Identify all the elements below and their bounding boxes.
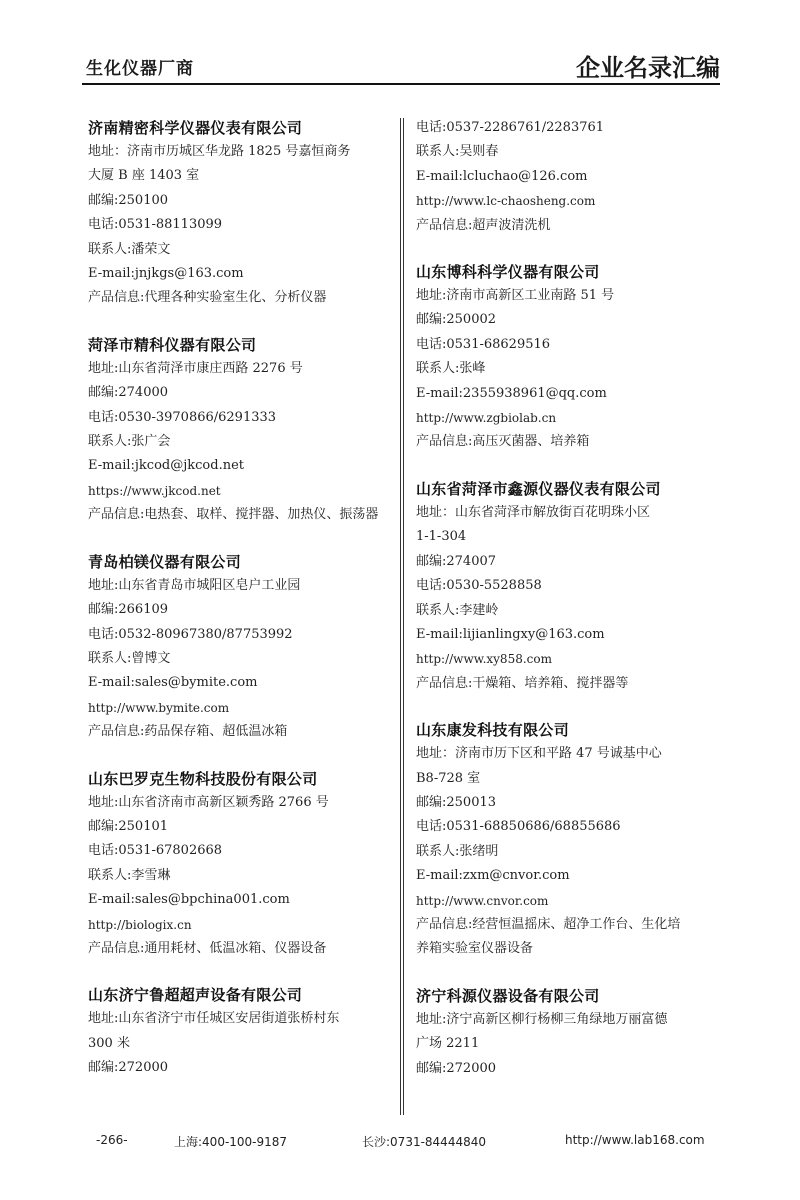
postcode: 邮编:250002 — [416, 308, 738, 332]
company-name: 菏泽市精科仪器有限公司 — [88, 333, 396, 357]
company-entry-continued: 电话:0537-2286761/2283761 联系人:吴则春 E-mail:l… — [416, 116, 738, 238]
company-name: 济南精密科学仪器仪表有限公司 — [88, 116, 396, 140]
product-info: 产品信息:干燥箱、培养箱、搅拌器等 — [416, 672, 738, 696]
page-number: -266- — [96, 1133, 128, 1147]
phone: 电话:0531-67802668 — [88, 839, 396, 863]
email: E-mail:jkcod@jkcod.net — [88, 454, 396, 478]
contact-person: 联系人:张峰 — [416, 357, 738, 381]
company-name: 山东省菏泽市鑫源仪器仪表有限公司 — [416, 477, 738, 501]
address-line: 地址：山东省菏泽市解放街百花明珠小区 — [416, 501, 738, 525]
address-line: 地址：济南市历下区和平路 47 号诚基中心 — [416, 742, 738, 766]
company-entry: 山东博科科学仪器有限公司 地址:济南市高新区工业南路 51 号 邮编:25000… — [416, 260, 738, 455]
company-entry: 山东省菏泽市鑫源仪器仪表有限公司 地址：山东省菏泽市解放街百花明珠小区 1-1-… — [416, 477, 738, 696]
company-name: 山东博科科学仪器有限公司 — [416, 260, 738, 284]
postcode: 邮编:274007 — [416, 550, 738, 574]
directory-title: 企业名录汇编 — [576, 48, 720, 83]
address-line: 地址:济南市高新区工业南路 51 号 — [416, 284, 738, 308]
website: https://www.jkcod.net — [88, 479, 396, 503]
address-line: 地址:山东省青岛市城阳区皂户工业园 — [88, 574, 396, 598]
address-line: 地址：济南市历城区华龙路 1825 号嘉恒商务 — [88, 140, 396, 164]
postcode: 邮编:266109 — [88, 598, 396, 622]
company-entry: 青岛柏镁仪器有限公司 地址:山东省青岛市城阳区皂户工业园 邮编:266109 电… — [88, 550, 396, 745]
changsha-phone: 长沙:0731-84444840 — [362, 1133, 486, 1150]
company-name: 济宁科源仪器设备有限公司 — [416, 984, 738, 1008]
website: http://www.xy858.com — [416, 647, 738, 671]
page-footer: -266- 上海:400-100-9187 长沙:0731-84444840 h… — [0, 1133, 800, 1153]
company-entry: 山东康发科技有限公司 地址：济南市历下区和平路 47 号诚基中心 B8-728 … — [416, 718, 738, 962]
email: E-mail:lcluchao@126.com — [416, 165, 738, 189]
product-info: 产品信息:药品保存箱、超低温冰箱 — [88, 720, 396, 744]
email: E-mail:sales@bymite.com — [88, 671, 396, 695]
column-divider — [400, 118, 404, 1115]
product-info: 产品信息:经营恒温摇床、超净工作台、生化培 — [416, 913, 738, 937]
postcode: 邮编:272000 — [88, 1056, 396, 1080]
website: http://biologix.cn — [88, 913, 396, 937]
phone: 电话:0532-80967380/87753992 — [88, 623, 396, 647]
address-line: 地址:山东省济南市高新区颖秀路 2766 号 — [88, 791, 396, 815]
contact-person: 联系人:吴则春 — [416, 140, 738, 164]
company-name: 山东巴罗克生物科技股份有限公司 — [88, 767, 396, 791]
phone: 电话:0530-3970866/6291333 — [88, 406, 396, 430]
phone: 电话:0531-68629516 — [416, 333, 738, 357]
address-line: B8-728 室 — [416, 767, 738, 791]
email: E-mail:jnjkgs@163.com — [88, 262, 396, 286]
contact-person: 联系人:张广会 — [88, 430, 396, 454]
product-info: 产品信息:电热套、取样、搅拌器、加热仪、振荡器 — [88, 503, 396, 527]
email: E-mail:lijianlingxy@163.com — [416, 623, 738, 647]
address-line: 地址:山东省菏泽市康庄西路 2276 号 — [88, 357, 396, 381]
contact-person: 联系人:潘荣文 — [88, 238, 396, 262]
website: http://www.lc-chaosheng.com — [416, 189, 738, 213]
phone: 电话:0531-88113099 — [88, 213, 396, 237]
email: E-mail:2355938961@qq.com — [416, 382, 738, 406]
product-info: 养箱实验室仪器设备 — [416, 937, 738, 961]
header-rule — [82, 83, 720, 85]
phone: 电话:0531-68850686/68855686 — [416, 815, 738, 839]
right-column: 电话:0537-2286761/2283761 联系人:吴则春 E-mail:l… — [416, 116, 738, 1103]
postcode: 邮编:250013 — [416, 791, 738, 815]
postcode: 邮编:250100 — [88, 189, 396, 213]
phone: 电话:0537-2286761/2283761 — [416, 116, 738, 140]
address-line: 地址:济宁高新区柳行杨柳三角绿地万丽富德 — [416, 1008, 738, 1032]
footer-website: http://www.lab168.com — [565, 1133, 705, 1147]
contact-person: 联系人:李建岭 — [416, 599, 738, 623]
product-info: 产品信息:通用耗材、低温冰箱、仪器设备 — [88, 937, 396, 961]
address-line: 1-1-304 — [416, 525, 738, 549]
company-name: 山东济宁鲁超超声设备有限公司 — [88, 983, 396, 1007]
email: E-mail:sales@bpchina001.com — [88, 888, 396, 912]
shanghai-phone: 上海:400-100-9187 — [174, 1133, 287, 1150]
contact-person: 联系人:李雪琳 — [88, 864, 396, 888]
postcode: 邮编:274000 — [88, 381, 396, 405]
address-line: 大厦 B 座 1403 室 — [88, 164, 396, 188]
website: http://www.zgbiolab.cn — [416, 406, 738, 430]
address-line: 广场 2211 — [416, 1032, 738, 1056]
product-info: 产品信息:高压灭菌器、培养箱 — [416, 430, 738, 454]
company-entry: 济宁科源仪器设备有限公司 地址:济宁高新区柳行杨柳三角绿地万丽富德 广场 221… — [416, 984, 738, 1081]
company-entry: 济南精密科学仪器仪表有限公司 地址：济南市历城区华龙路 1825 号嘉恒商务 大… — [88, 116, 396, 311]
contact-person: 联系人:张绪明 — [416, 840, 738, 864]
address-line: 地址:山东省济宁市任城区安居街道张桥村东 — [88, 1007, 396, 1031]
postcode: 邮编:272000 — [416, 1057, 738, 1081]
contact-person: 联系人:曾博文 — [88, 647, 396, 671]
website: http://www.cnvor.com — [416, 889, 738, 913]
company-name: 山东康发科技有限公司 — [416, 718, 738, 742]
section-title: 生化仪器厂商 — [86, 54, 194, 79]
product-info: 产品信息:超声波清洗机 — [416, 214, 738, 238]
postcode: 邮编:250101 — [88, 815, 396, 839]
company-name: 青岛柏镁仪器有限公司 — [88, 550, 396, 574]
website: http://www.bymite.com — [88, 696, 396, 720]
left-column: 济南精密科学仪器仪表有限公司 地址：济南市历城区华龙路 1825 号嘉恒商务 大… — [88, 116, 396, 1103]
phone: 电话:0530-5528858 — [416, 574, 738, 598]
email: E-mail:zxm@cnvor.com — [416, 864, 738, 888]
company-entry: 菏泽市精科仪器有限公司 地址:山东省菏泽市康庄西路 2276 号 邮编:2740… — [88, 333, 396, 528]
company-entry: 山东巴罗克生物科技股份有限公司 地址:山东省济南市高新区颖秀路 2766 号 邮… — [88, 767, 396, 962]
company-entry: 山东济宁鲁超超声设备有限公司 地址:山东省济宁市任城区安居街道张桥村东 300 … — [88, 983, 396, 1080]
address-line: 300 米 — [88, 1032, 396, 1056]
product-info: 产品信息:代理各种实验室生化、分析仪器 — [88, 286, 396, 310]
